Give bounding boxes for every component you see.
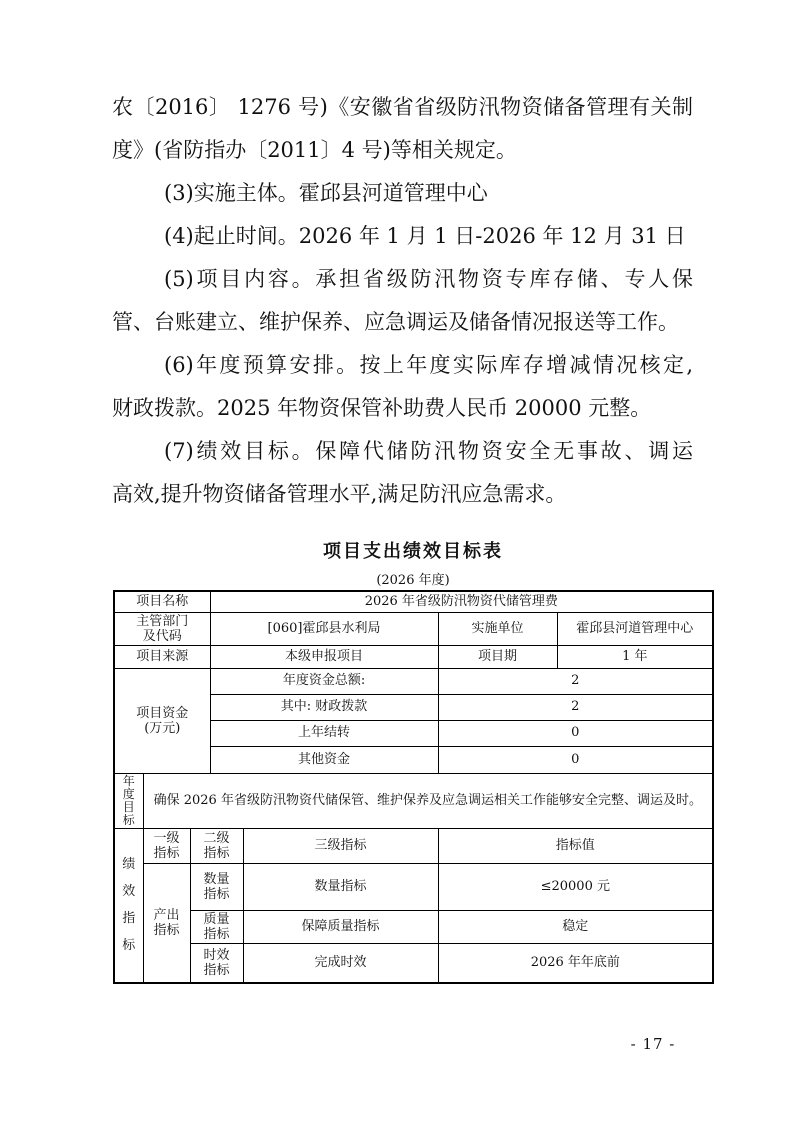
- level1-header-line1: 一级: [144, 831, 190, 846]
- dept-label-line2: 及代码: [115, 629, 210, 644]
- document-page: 农〔2016〕 1276 号)《安徽省省级防汛物资储备管理有关制 度》(省防指办…: [0, 0, 793, 1122]
- cell-indicator-level2-header: 二级 指标: [190, 828, 243, 863]
- annual-goal-label-text: 年度目标: [122, 775, 136, 827]
- output-group-line1: 产出: [144, 908, 190, 923]
- paragraph-line: (7)绩效目标。保障代储防汛物资安全无事故、调运: [112, 430, 693, 473]
- cell-indicator-value-header: 指标值: [438, 828, 713, 863]
- performance-target-table: 项目名称 2026 年省级防汛物资代储管理费 主管部门 及代码 [060]霍邱县…: [113, 590, 714, 984]
- cell-quantity-level3: 数量指标: [243, 863, 438, 910]
- paragraph-line: (5)项目内容。承担省级防汛物资专库存储、专人保: [112, 258, 693, 301]
- paragraph-line: (4)起止时间。2026 年 1 月 1 日-2026 年 12 月 31 日: [112, 215, 693, 258]
- table-row: 主管部门 及代码 [060]霍邱县水利局 实施单位 霍邱县河道管理中心: [114, 612, 713, 645]
- cell-annual-goal-label: 年度目标: [114, 773, 143, 828]
- cell-funding-carryover-label: 上年结转: [210, 720, 438, 746]
- cell-quantity-level2: 数量 指标: [190, 863, 243, 910]
- cell-annual-goal-text: 确保 2026 年省级防汛物资代储保管、维护保养及应急调运相关工作能够安全完整、…: [143, 773, 713, 828]
- paragraph-line: 管、台账建立、维护保养、应急调运及储备情况报送等工作。: [112, 301, 693, 344]
- level1-header-line2: 指标: [144, 846, 190, 861]
- cell-indicator-level3-header: 三级指标: [243, 828, 438, 863]
- cell-funding-other-label: 其他资金: [210, 746, 438, 773]
- cell-quality-level2: 质量 指标: [190, 910, 243, 943]
- indicators-label-text: 绩效指标: [122, 851, 136, 959]
- timeliness-level2-line2: 指标: [191, 963, 243, 978]
- quantity-level2-line2: 指标: [191, 887, 243, 902]
- table-row: 质量 指标 保障质量指标 稳定: [114, 910, 713, 943]
- table-row: 产出 指标 数量 指标 数量指标 ≤20000 元: [114, 863, 713, 910]
- cell-funding-total-value: 2: [438, 668, 713, 694]
- paragraph-line: 财政拨款。2025 年物资保管补助费人民币 20000 元整。: [112, 387, 693, 430]
- quantity-level2-line1: 数量: [191, 872, 243, 887]
- paragraph-line: 度》(省防指办〔2011〕4 号)等相关规定。: [112, 129, 693, 172]
- cell-funding-carryover-value: 0: [438, 720, 713, 746]
- paragraph-line: (3)实施主体。霍邱县河道管理中心: [112, 172, 693, 215]
- table-subtitle: (2026 年度): [113, 569, 713, 588]
- table-row: 项目资金 (万元) 年度资金总额: 2: [114, 668, 713, 694]
- timeliness-level2-line1: 时效: [191, 948, 243, 963]
- cell-quality-level3: 保障质量指标: [243, 910, 438, 943]
- cell-impl-unit-value: 霍邱县河道管理中心: [557, 612, 713, 645]
- cell-period-value: 1 年: [557, 645, 713, 668]
- cell-impl-unit-label: 实施单位: [438, 612, 557, 645]
- cell-period-label: 项目期: [438, 645, 557, 668]
- cell-timeliness-level2: 时效 指标: [190, 943, 243, 983]
- table-row: 项目来源 本级申报项目 项目期 1 年: [114, 645, 713, 668]
- dept-label-line1: 主管部门: [115, 614, 210, 629]
- cell-quality-value: 稳定: [438, 910, 713, 943]
- cell-funding-total-label: 年度资金总额:: [210, 668, 438, 694]
- cell-project-name-label: 项目名称: [114, 591, 210, 612]
- cell-dept-value: [060]霍邱县水利局: [210, 612, 438, 645]
- table-row: 时效 指标 完成时效 2026 年年底前: [114, 943, 713, 983]
- cell-project-name-value: 2026 年省级防汛物资代储管理费: [210, 591, 713, 612]
- paragraph-line: 高效,提升物资储备管理水平,满足防汛应急需求。: [112, 473, 693, 516]
- cell-timeliness-value: 2026 年年底前: [438, 943, 713, 983]
- cell-source-label: 项目来源: [114, 645, 210, 668]
- funding-label-line2: (万元): [115, 721, 210, 736]
- cell-funding-label: 项目资金 (万元): [114, 668, 210, 773]
- paragraph-line: 农〔2016〕 1276 号)《安徽省省级防汛物资储备管理有关制: [112, 86, 693, 129]
- cell-output-indicator-group: 产出 指标: [143, 863, 190, 983]
- page-number: - 17 -: [593, 1035, 713, 1053]
- quality-level2-line2: 指标: [191, 927, 243, 942]
- output-group-line2: 指标: [144, 923, 190, 938]
- paragraph-line: (6)年度预算安排。按上年度实际库存增减情况核定,: [112, 344, 693, 387]
- cell-dept-label: 主管部门 及代码: [114, 612, 210, 645]
- cell-source-value: 本级申报项目: [210, 645, 438, 668]
- funding-label-line1: 项目资金: [115, 706, 210, 721]
- body-text: 农〔2016〕 1276 号)《安徽省省级防汛物资储备管理有关制 度》(省防指办…: [112, 86, 693, 516]
- cell-funding-fiscal-label: 其中: 财政拨款: [210, 694, 438, 720]
- cell-funding-fiscal-value: 2: [438, 694, 713, 720]
- level2-header-line1: 二级: [191, 831, 243, 846]
- table-row: 年度目标 确保 2026 年省级防汛物资代储保管、维护保养及应急调运相关工作能够…: [114, 773, 713, 828]
- cell-quantity-value: ≤20000 元: [438, 863, 713, 910]
- cell-indicator-level1-header: 一级 指标: [143, 828, 190, 863]
- table-row: 绩效指标 一级 指标 二级 指标 三级指标 指标值: [114, 828, 713, 863]
- cell-funding-other-value: 0: [438, 746, 713, 773]
- table-row: 项目名称 2026 年省级防汛物资代储管理费: [114, 591, 713, 612]
- quality-level2-line1: 质量: [191, 912, 243, 927]
- level2-header-line2: 指标: [191, 846, 243, 861]
- table-title: 项目支出绩效目标表: [113, 537, 713, 563]
- cell-timeliness-level3: 完成时效: [243, 943, 438, 983]
- cell-indicators-label: 绩效指标: [114, 828, 143, 983]
